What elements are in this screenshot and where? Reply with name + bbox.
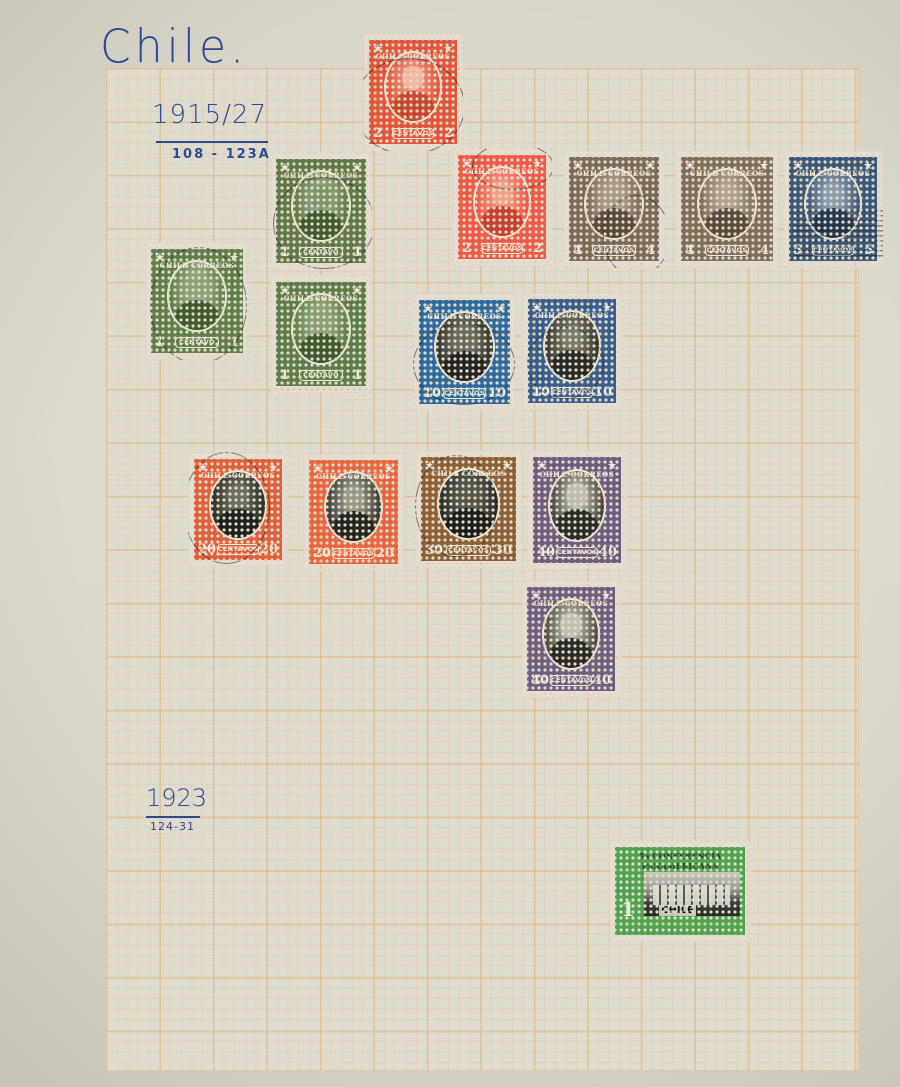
stamp-currency: CENTAVO <box>299 247 342 258</box>
portrait-head <box>310 308 332 332</box>
stamp-1-centavos: ★ ★ CHILE CORREOS 1 1 CENTAVO <box>270 275 372 393</box>
portrait-oval <box>324 471 383 543</box>
stamp-currency: CENTAVOS <box>446 545 492 556</box>
section-catalogue-range: 108 - 123A <box>172 147 271 162</box>
stamp-currency: CENTAVOS <box>551 387 593 398</box>
stamp-legend: CHILE CORREOS <box>569 169 659 178</box>
stamp-value: 4 <box>573 244 582 257</box>
portrait-head <box>561 325 583 349</box>
portrait-head <box>603 183 625 207</box>
portrait-oval <box>584 168 643 240</box>
stamp-10-centavos: ★ ★ CHILE CORREOS 10 10 CENTAVOS <box>413 293 516 411</box>
stamp-design: ★ ★ CHILE CORREOS 20 20 CENTAVOS <box>309 460 398 564</box>
portrait-oval <box>384 51 442 123</box>
stamp-design: ★ ★ CHILE CORREOS 5 5 CENTAVOS <box>789 157 877 261</box>
stamp-currency: CENTAVOS <box>392 128 434 139</box>
stamp-value: 4 <box>760 244 769 257</box>
stamp-20-centavos: ★ ★ CHILE CORREOS 20 20 CENTAVOS <box>303 453 404 571</box>
stamp-currency: CENTAVOS <box>481 243 523 254</box>
stamp-2-centavos: ★ ★ CHILE CORREOS 2 2 CENTAVOS <box>452 148 552 266</box>
stamp-design: ★ ★ CHILE CORREOS 30 30 CENTAVOS <box>421 457 516 561</box>
stamp-legend: CHILE CORREOS <box>276 171 366 180</box>
stamp-currency: CENTAVOS <box>550 675 592 686</box>
portrait-oval <box>542 598 600 670</box>
portrait-body <box>550 350 593 382</box>
stamp-5-centavos: ★ ★ CHILE CORREOS 5 5 CENTAVOS <box>783 150 883 268</box>
portrait-oval <box>437 468 500 540</box>
stamp-currency: CENTAVOS <box>556 547 598 558</box>
portrait-oval <box>548 469 606 542</box>
stamp-2-centavos: ★ ★ CHILE CORREOS 2 2 CENTAVOS <box>363 33 463 151</box>
stamp-currency: CENTAVOS <box>592 245 635 256</box>
stamp-value: 30 <box>494 544 512 557</box>
stamp-design: ★ ★ CHILE CORREOS 10 10 CENTAVOS <box>528 299 616 403</box>
stamp-legend: CHILE CORREOS <box>194 471 282 480</box>
stamp-design: ★ ★ CHILE CORREOS 1 1 CENTAVO <box>276 159 366 263</box>
stamp-40-centavos: ★ ★ CHILE CORREOS 40 40 CENTAVOS <box>521 580 621 698</box>
portrait-head <box>716 183 739 207</box>
portrait-head <box>310 185 332 209</box>
stamp-design: ★ ★ CHILE CORREOS 10 10 CENTAVOS <box>419 300 510 404</box>
portrait-oval <box>473 166 531 238</box>
portrait-body <box>332 511 376 543</box>
portrait-oval <box>167 260 228 332</box>
portrait-head <box>566 483 588 508</box>
page-title: Chile. <box>100 21 248 75</box>
stamp-design: ★ ★ CHILE CORREOS 20 20 CENTAVOS <box>194 459 282 560</box>
stamp-currency: CENTAVOS <box>217 544 259 555</box>
stamp-value: 40 <box>593 674 611 687</box>
portrait-oval <box>804 168 862 240</box>
stamp-currency: CENTAVOS <box>812 245 854 256</box>
stamp-design: ★ ★ CHILE CORREOS 40 40 CENTAVOS <box>533 457 621 563</box>
stamp-currency: CENTAVOS <box>705 245 749 256</box>
portrait-head <box>343 486 365 510</box>
stamp-20-centavos: ★ ★ CHILE CORREOS 20 20 CENTAVOS <box>188 452 288 567</box>
portrait-body <box>391 91 434 123</box>
stamp-currency: CENTAVOS <box>332 548 375 559</box>
stamp-4-centavos: ★ ★ CHILE CORREOS 4 4 CENTAVOS <box>563 150 665 268</box>
stamp-legend: CHILE CORREOS <box>681 169 773 178</box>
portrait-body <box>442 351 487 383</box>
stamp-1-panamericana: 5a CONFERENCIA PANAMERICANA CHILE 1 <box>609 840 751 942</box>
portrait-body <box>480 206 523 238</box>
portrait-body <box>174 300 219 332</box>
stamp-value: 1 <box>230 336 239 349</box>
stamp-value: 2 <box>462 242 471 255</box>
portrait-head <box>227 484 249 508</box>
stamp-value: 30 <box>425 544 443 557</box>
portrait-head <box>822 183 844 207</box>
portrait-oval <box>291 293 350 365</box>
stamp-value: 10 <box>423 387 441 400</box>
portrait-body <box>299 210 343 242</box>
stamp-currency: CENTAVO <box>299 370 342 381</box>
portrait-body <box>811 208 854 240</box>
portrait-oval <box>291 170 350 242</box>
stamp-legend: CHILE CORREOS <box>276 294 366 303</box>
section-years-1915-27: 1915/27 <box>152 100 267 130</box>
stamp-value: 4 <box>646 244 655 257</box>
section-catalogue-range: 124-31 <box>150 820 195 833</box>
stamp-value: 20 <box>198 543 216 556</box>
stamp-design: ★ ★ CHILE CORREOS 4 4 CENTAVOS <box>681 157 773 261</box>
stamp-design: ★ ★ CHILE CORREOS 4 4 CENTAVOS <box>569 157 659 261</box>
portrait-body <box>549 638 592 670</box>
stamp-design: ★ ★ CHILE CORREOS 2 2 CENTAVOS <box>458 155 546 259</box>
stamp-value: 1 <box>280 246 289 259</box>
portrait-head <box>402 66 424 90</box>
stamp-legend: CHILE CORREOS <box>151 261 243 270</box>
stamp-currency: CENTAVO <box>175 337 219 348</box>
stamp-legend: CHILE CORREOS <box>309 472 398 481</box>
stamp-legend: CHILE CORREOS <box>419 312 510 321</box>
stamp-legend: CHILE CORREOS <box>789 169 877 178</box>
stamp-value: 4 <box>685 244 694 257</box>
stamp-value: 5 <box>864 244 873 257</box>
stamp-value: 10 <box>488 387 506 400</box>
section-divider <box>146 816 200 818</box>
section-divider <box>156 141 268 143</box>
stamp-30-centavos: ★ ★ CHILE CORREOS 30 30 CENTAVOS <box>415 450 522 568</box>
stamp-value: 1 <box>353 369 362 382</box>
stamp-legend: CHILE CORREOS <box>533 470 621 479</box>
stamp-1-centavos: ★ ★ CHILE CORREOS 1 1 CENTAVO <box>270 152 372 270</box>
stamp-value: 1 <box>155 336 164 349</box>
stamp-4-centavos: ★ ★ CHILE CORREOS 4 4 CENTAVOS <box>675 150 779 268</box>
stamp-value: 1 <box>353 246 362 259</box>
stamp-value: 2 <box>444 127 453 140</box>
stamp-legend: CHILE CORREOS <box>527 599 615 608</box>
stamp-value: 40 <box>537 546 555 559</box>
building-illustration <box>653 885 730 905</box>
stamp-legend: 5a CONFERENCIA PANAMERICANA <box>615 851 745 871</box>
stamp-value: 1 <box>280 369 289 382</box>
portrait-head <box>560 613 582 637</box>
portrait-body <box>445 508 492 540</box>
stamp-design: ★ ★ CHILE CORREOS 2 2 CENTAVOS <box>369 40 457 144</box>
stamp-legend: CHILE CORREOS <box>369 52 457 61</box>
stamp-value: 10 <box>532 386 550 399</box>
portrait-body <box>704 208 749 240</box>
stamp-design: ★ ★ CHILE CORREOS 40 40 CENTAVOS <box>527 587 615 691</box>
portrait-body <box>555 509 598 541</box>
stamp-currency: CENTAVOS <box>443 388 487 399</box>
stamp-value: 40 <box>531 674 549 687</box>
portrait-oval <box>697 168 758 240</box>
stamp-legend: CHILE CORREOS <box>458 167 546 176</box>
stamp-design: ★ ★ CHILE CORREOS 1 1 CENTAVO <box>276 282 366 386</box>
portrait-body <box>592 208 636 240</box>
stamp-value: 2 <box>373 127 382 140</box>
stamp-value: 20 <box>313 547 331 560</box>
stamp-design: 5a CONFERENCIA PANAMERICANA CHILE 1 <box>615 847 745 935</box>
stamp-value: 5 <box>793 244 802 257</box>
stamp-design: ★ ★ CHILE CORREOS 1 1 CENTAVO <box>151 249 243 353</box>
stamp-country: CHILE <box>659 905 696 916</box>
portrait-head <box>491 181 513 205</box>
stamp-value: 40 <box>599 546 617 559</box>
portrait-body <box>216 509 259 540</box>
stamp-10-centavos: ★ ★ CHILE CORREOS 10 10 CENTAVOS <box>522 292 622 410</box>
stamp-value: 1 <box>621 897 635 921</box>
stamp-40-centavos: ★ ★ CHILE CORREOS 40 40 CENTAVOS <box>527 450 627 570</box>
portrait-oval <box>209 470 267 540</box>
stamp-legend: CHILE CORREOS <box>528 311 616 320</box>
portrait-oval <box>434 311 494 383</box>
portrait-head <box>457 483 480 507</box>
stamp-value: 20 <box>260 543 278 556</box>
portrait-body <box>299 333 343 365</box>
stamp-legend: CHILE CORREOS <box>421 469 516 478</box>
portrait-oval <box>543 310 601 382</box>
stamp-1-centavos: ★ ★ CHILE CORREOS 1 1 CENTAVO <box>145 242 249 360</box>
portrait-head <box>186 275 209 299</box>
section-years-1923: 1923 <box>146 784 207 812</box>
stamp-value: 20 <box>376 547 394 560</box>
stamp-value: 10 <box>594 386 612 399</box>
portrait-head <box>453 326 475 350</box>
stamp-value: 2 <box>533 242 542 255</box>
